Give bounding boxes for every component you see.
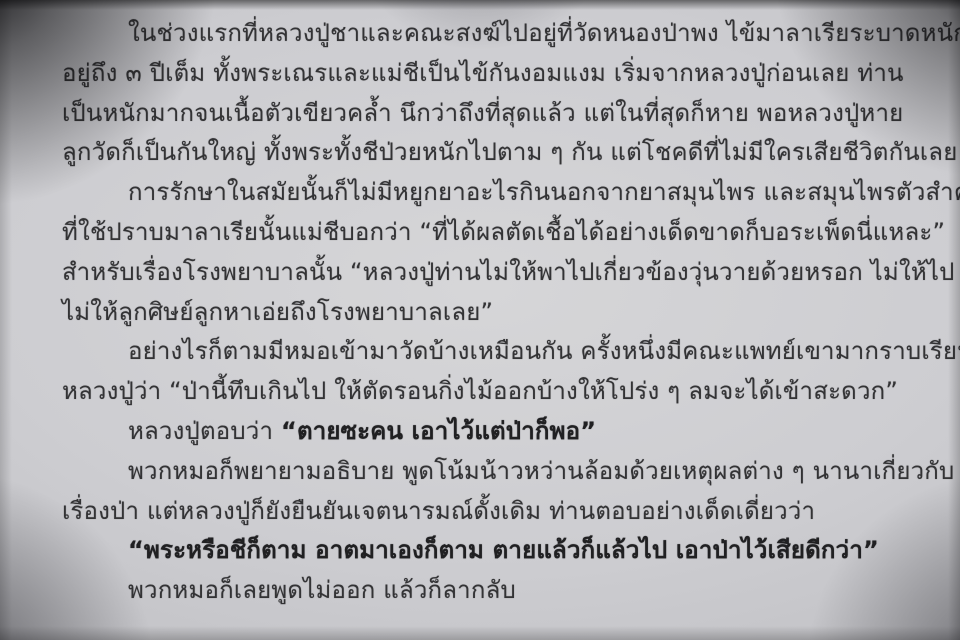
text-segment: อย่างไรก็ตามมีหมอเข้ามาวัดบ้างเหมือนกัน … — [128, 337, 960, 365]
text-line: “พระหรือชีก็ตาม อาตมาเองก็ตาม ตายแล้วก็แ… — [62, 531, 936, 571]
text-line: ไม่ให้ลูกศิษย์ลูกหาเอ่ยถึงโรงพยาบาลเลย” — [62, 293, 936, 333]
text-line: พวกหมอก็พยายามอธิบาย พูดโน้มน้าวหว่านล้อ… — [62, 452, 936, 492]
text-segment: เป็นหนักมากจนเนื้อตัวเขียวคล้ำ นึกว่าถึง… — [62, 99, 903, 127]
text-line: ในช่วงแรกที่หลวงปู่ชาและคณะสงฆ์ไปอยู่ที่… — [62, 14, 936, 54]
text-segment: หลวงปู่ตอบว่า — [128, 417, 281, 445]
text-segment: ในช่วงแรกที่หลวงปู่ชาและคณะสงฆ์ไปอยู่ที่… — [128, 19, 960, 47]
text-line: เป็นหนักมากจนเนื้อตัวเขียวคล้ำ นึกว่าถึง… — [62, 94, 936, 134]
text-segment: เรื่องป่า แต่หลวงปู่ก็ยังยืนยันเจตนารมณ์… — [62, 497, 815, 525]
bold-quote-segment: “ตายซะคน เอาไว้แต่ป่าก็พอ” — [281, 417, 596, 445]
text-segment: หลวงปู่ว่า “ป่านี้ทึบเกินไป ให้ตัดรอนกิ่… — [62, 377, 898, 405]
text-segment: การรักษาในสมัยนั้นก็ไม่มีหยูกยาอะไรกินนอ… — [128, 178, 960, 206]
text-line: เรื่องป่า แต่หลวงปู่ก็ยังยืนยันเจตนารมณ์… — [62, 492, 936, 532]
text-line: หลวงปู่ว่า “ป่านี้ทึบเกินไป ให้ตัดรอนกิ่… — [62, 372, 936, 412]
text-segment: สำหรับเรื่องโรงพยาบาลนั้น “หลวงปู่ท่านไม… — [62, 258, 955, 286]
bold-quote-segment: “พระหรือชีก็ตาม อาตมาเองก็ตาม ตายแล้วก็แ… — [128, 536, 879, 564]
text-line: หลวงปู่ตอบว่า “ตายซะคน เอาไว้แต่ป่าก็พอ” — [62, 412, 936, 452]
text-line: ที่ใช้ปราบมาลาเรียนั้นแม่ชีบอกว่า “ที่ได… — [62, 213, 936, 253]
text-segment: พวกหมอก็พยายามอธิบาย พูดโน้มน้าวหว่านล้อ… — [128, 457, 954, 485]
text-line: อย่างไรก็ตามมีหมอเข้ามาวัดบ้างเหมือนกัน … — [62, 332, 936, 372]
text-line: อยู่ถึง ๓ ปีเต็ม ทั้งพระเณรและแม่ชีเป็นไ… — [62, 54, 936, 94]
text-segment: ไม่ให้ลูกศิษย์ลูกหาเอ่ยถึงโรงพยาบาลเลย” — [62, 298, 493, 326]
book-page-photo: ในช่วงแรกที่หลวงปู่ชาและคณะสงฆ์ไปอยู่ที่… — [0, 0, 960, 640]
text-segment: ที่ใช้ปราบมาลาเรียนั้นแม่ชีบอกว่า “ที่ได… — [62, 218, 945, 246]
text-line: พวกหมอก็เลยพูดไม่ออก แล้วก็ลากลับ — [62, 571, 936, 611]
text-segment: พวกหมอก็เลยพูดไม่ออก แล้วก็ลากลับ — [128, 576, 516, 604]
text-line: สำหรับเรื่องโรงพยาบาลนั้น “หลวงปู่ท่านไม… — [62, 253, 936, 293]
text-line: ลูกวัดก็เป็นกันใหญ่ ทั้งพระทั้งชีป่วยหนั… — [62, 133, 936, 173]
text-segment: อยู่ถึง ๓ ปีเต็ม ทั้งพระเณรและแม่ชีเป็นไ… — [62, 59, 904, 87]
text-line: การรักษาในสมัยนั้นก็ไม่มีหยูกยาอะไรกินนอ… — [62, 173, 936, 213]
story-text: ในช่วงแรกที่หลวงปู่ชาและคณะสงฆ์ไปอยู่ที่… — [62, 14, 936, 611]
text-segment: ลูกวัดก็เป็นกันใหญ่ ทั้งพระทั้งชีป่วยหนั… — [62, 138, 957, 166]
